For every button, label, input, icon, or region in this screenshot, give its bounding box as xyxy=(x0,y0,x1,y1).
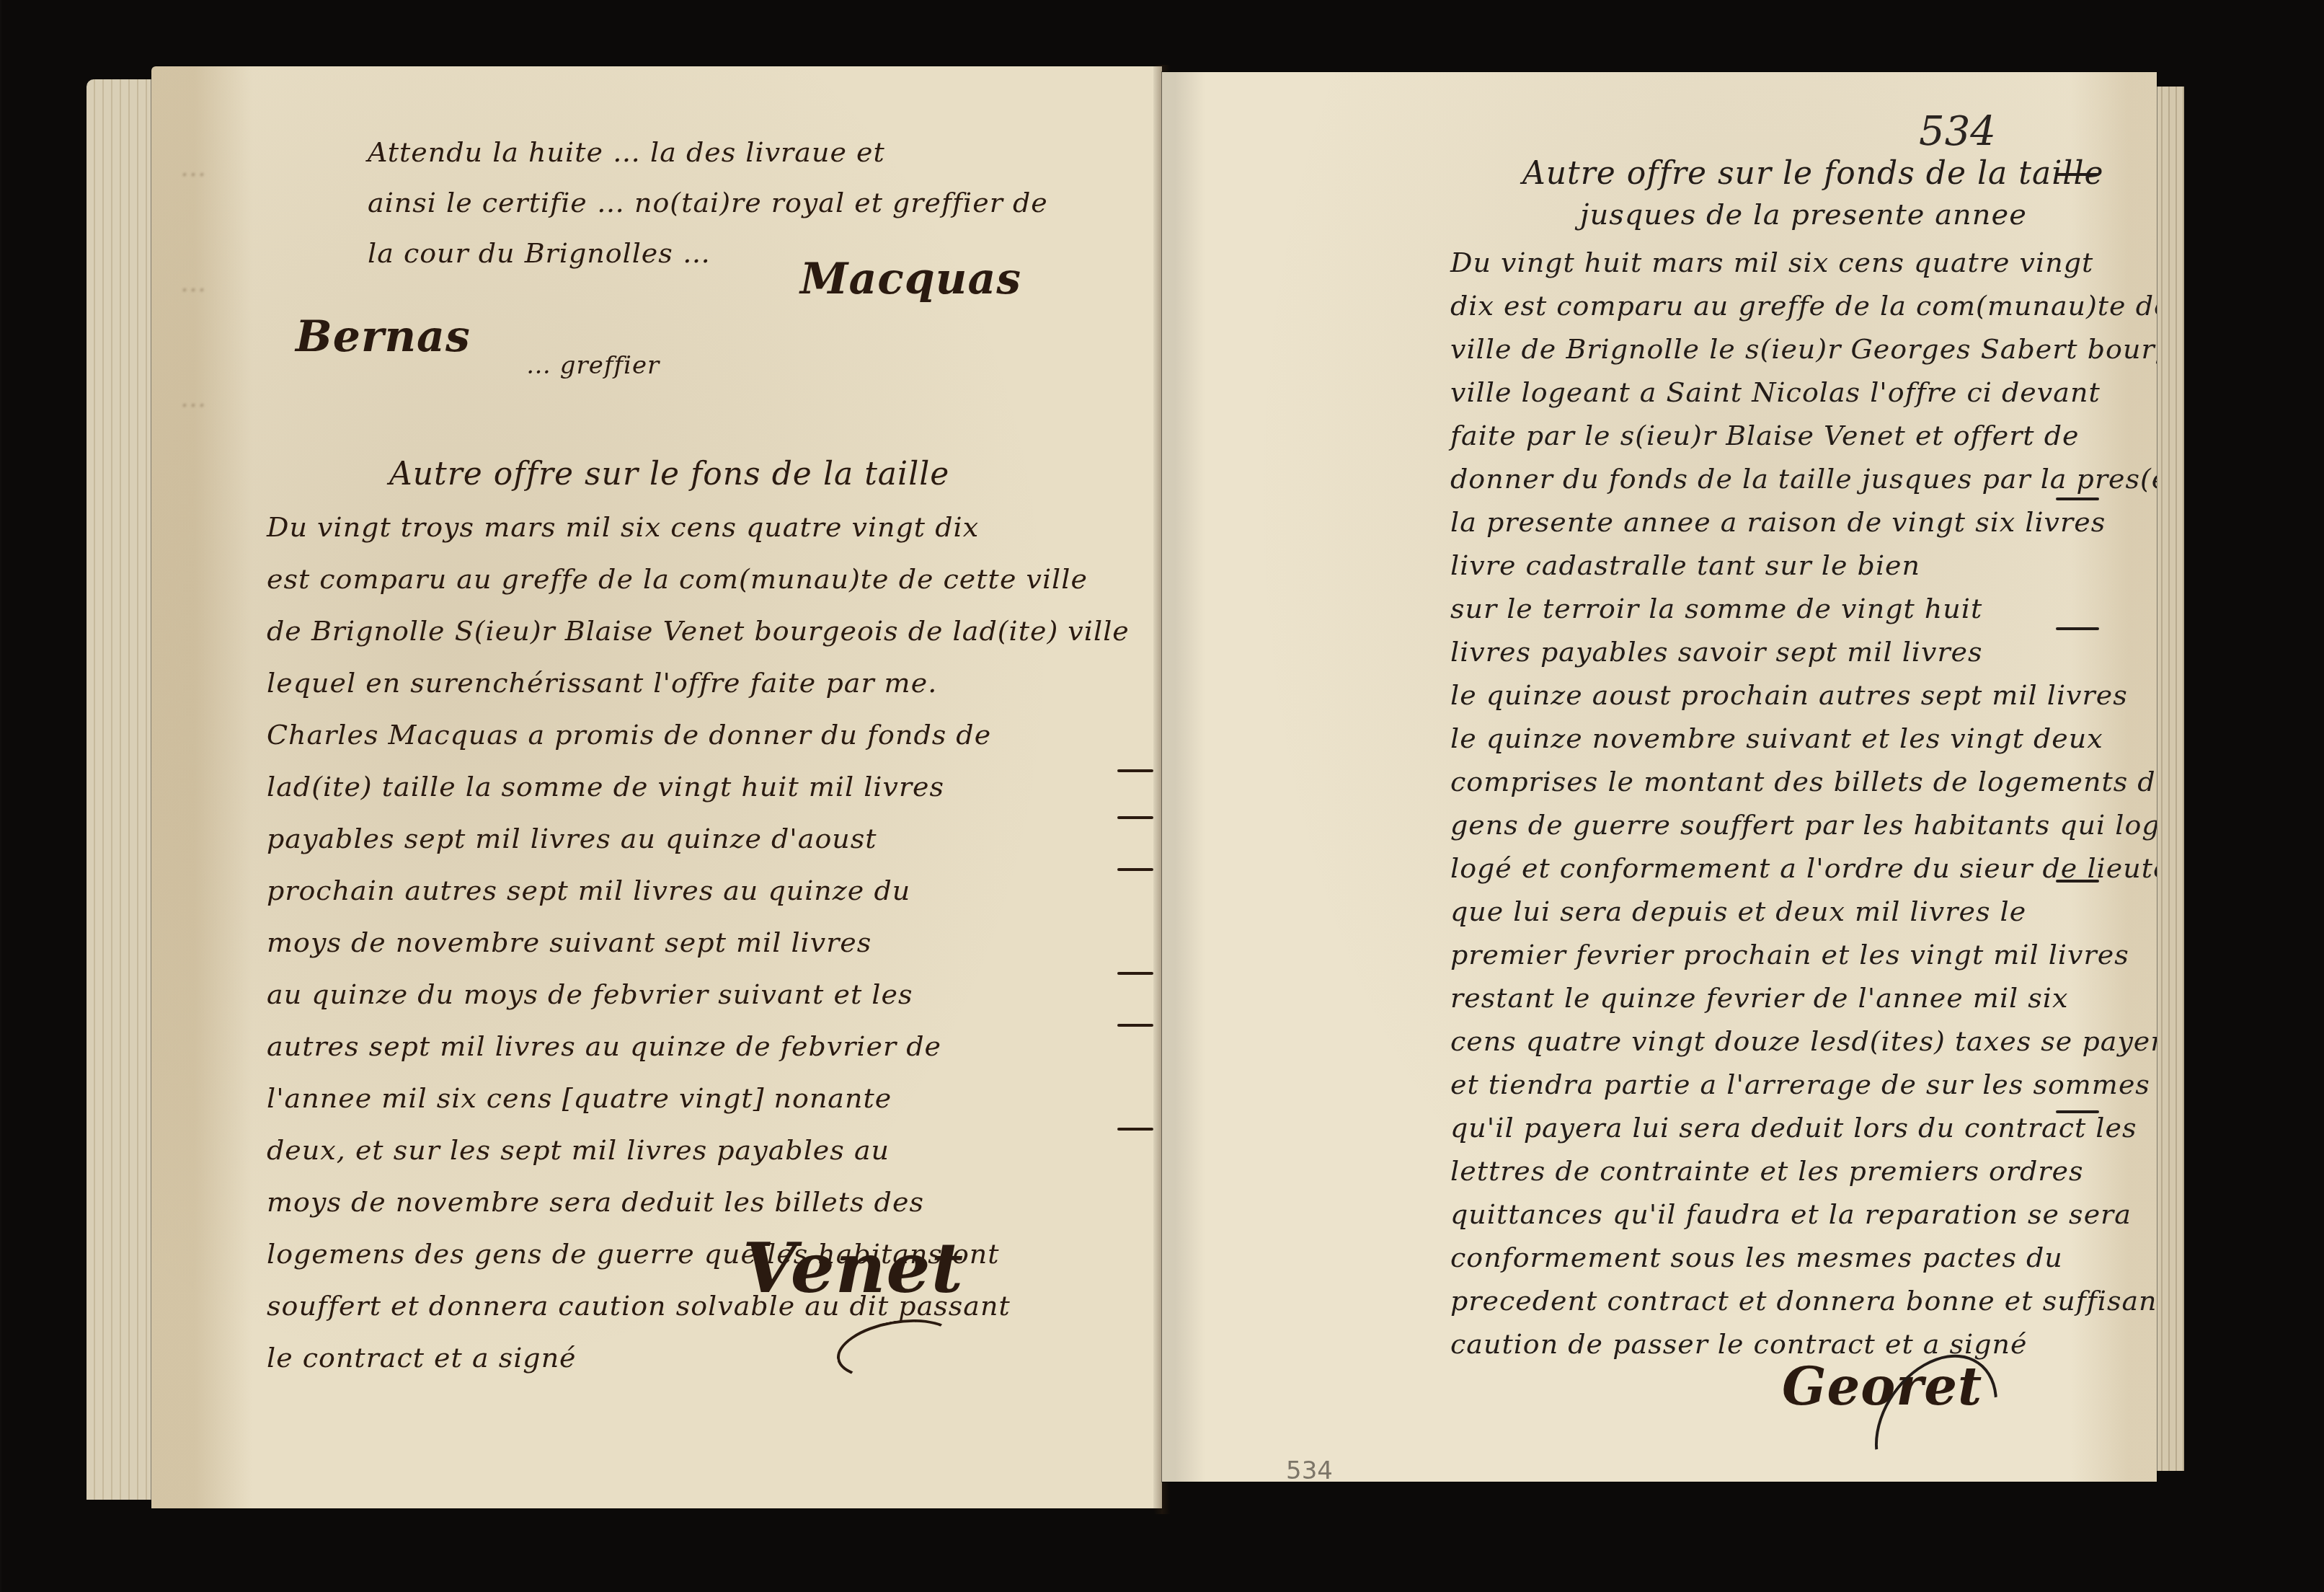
body-line: faite par le s(ieu)r Blaise Venet et off… xyxy=(1450,422,2080,449)
body-line: autres sept mil livres au quinze de febv… xyxy=(267,1032,941,1060)
line-end-dash xyxy=(1117,769,1153,772)
folio-number: 534 xyxy=(1919,108,1996,155)
body-line: ville de Brignolle le s(ieu)r Georges Sa… xyxy=(1450,335,2157,363)
body-line: lad(ite) taille la somme de vingt huit m… xyxy=(267,773,944,800)
body-line: Du vingt huit mars mil six cens quatre v… xyxy=(1450,249,2093,276)
body-line: quittances qu'il faudra et la reparation… xyxy=(1450,1200,2132,1228)
body-line: sur le terroir la somme de vingt huit xyxy=(1450,595,1982,622)
body-line: comprises le montant des billets de loge… xyxy=(1450,768,2157,795)
body-line: restant le quinze fevrier de l'annee mil… xyxy=(1450,984,2068,1012)
body-line: donner du fonds de la taille jusques par… xyxy=(1450,465,2157,492)
body-line: conformement sous les mesmes pactes du xyxy=(1450,1244,2063,1271)
right-page: 534 Autre offre sur le fonds de la taill… xyxy=(1162,72,2157,1482)
margin-bleedthrough-2: … xyxy=(180,268,206,298)
left-page: … … … Attendu la huite … la des livraue … xyxy=(151,66,1162,1508)
body-line: moys de novembre sera deduit les billets… xyxy=(267,1188,924,1216)
margin-bleedthrough-1: … xyxy=(180,153,206,182)
signature-flourish xyxy=(833,1311,962,1387)
margin-bleedthrough-3: … xyxy=(180,384,206,413)
pencil-page-number: 534 xyxy=(1286,1456,1333,1482)
signature-macquas: Macquas xyxy=(800,254,1021,304)
body-line: livres payables savoir sept mil livres xyxy=(1450,638,1983,665)
body-line: Charles Macquas a promis de donner du fo… xyxy=(267,721,991,748)
body-line: Du vingt troys mars mil six cens quatre … xyxy=(267,513,979,541)
body-line: est comparu au greffe de la com(munau)te… xyxy=(267,565,1088,593)
line-end-dash xyxy=(2056,1110,2099,1113)
body-line: livre cadastralle tant sur le bien xyxy=(1450,552,1920,579)
body-line: lequel en surenchérissant l'offre faite … xyxy=(267,669,937,696)
body-line: le quinze novembre suivant et les vingt … xyxy=(1450,725,2103,752)
body-line: la presente annee a raison de vingt six … xyxy=(1450,508,2106,536)
line-end-dash xyxy=(2056,497,2099,500)
line-end-dash xyxy=(1117,1024,1153,1027)
body-line: moys de novembre suivant sept mil livres xyxy=(267,929,871,956)
body-line: prochain autres sept mil livres au quinz… xyxy=(267,877,910,904)
body-line: le contract et a signé xyxy=(267,1344,577,1371)
body-line: deux, et sur les sept mil livres payable… xyxy=(267,1136,890,1164)
body-line: premier fevrier prochain et les vingt mi… xyxy=(1450,941,2129,968)
body-line: au quinze du moys de febvrier suivant et… xyxy=(267,981,913,1008)
body-line: caution de passer le contract et a signé xyxy=(1450,1330,2027,1358)
body-line: ville logeant a Saint Nicolas l'offre ci… xyxy=(1450,379,2101,406)
body-line: lettres de contrainte et les premiers or… xyxy=(1450,1157,2083,1185)
body-line: l'annee mil six cens [quatre vingt] nona… xyxy=(267,1084,892,1112)
right-heading-line-1: Autre offre sur le fonds de la taille xyxy=(1522,155,2104,192)
line-end-dash xyxy=(2056,627,2099,630)
line-end-dash xyxy=(1117,1128,1153,1131)
body-line: precedent contract et donnera bonne et s… xyxy=(1450,1287,2157,1314)
body-line: de Brignolle S(ieu)r Blaise Venet bourge… xyxy=(267,617,1130,645)
top-line-3: la cour du Brignolles … xyxy=(368,239,711,267)
top-line-2: ainsi le certifie … no(tai)re royal et g… xyxy=(368,189,1048,216)
top-line-1: Attendu la huite … la des livraue et xyxy=(368,138,885,166)
body-line: gens de guerre souffert par les habitant… xyxy=(1450,811,2157,839)
body-line: logé et conformement a l'ordre du sieur … xyxy=(1450,854,2157,882)
line-end-dash xyxy=(2056,880,2099,883)
line-end-dash xyxy=(1117,816,1153,819)
body-line: dix est comparu au greffe de la com(muna… xyxy=(1450,292,2157,319)
body-line: que lui sera depuis et deux mil livres l… xyxy=(1450,898,2026,925)
body-line: payables sept mil livres au quinze d'aou… xyxy=(267,825,877,852)
right-heading-line-2: jusques de la presente annee xyxy=(1580,198,2027,231)
body-line: et tiendra partie a l'arrerage de sur le… xyxy=(1450,1071,2150,1098)
signature-greffier: … greffier xyxy=(526,351,660,380)
line-end-dash xyxy=(2056,173,2099,176)
line-end-dash xyxy=(1117,972,1153,975)
left-section-heading: Autre offre sur le fons de la taille xyxy=(389,456,949,492)
body-line: qu'il payera lui sera deduit lors du con… xyxy=(1450,1114,2137,1141)
body-line: cens quatre vingt douze lesd(ites) taxes… xyxy=(1450,1027,2157,1055)
body-line: le quinze aoust prochain autres sept mil… xyxy=(1450,681,2128,709)
line-end-dash xyxy=(1117,868,1153,871)
signature-venet: Venet xyxy=(742,1227,964,1309)
signature-bernas: Bernas xyxy=(296,311,471,362)
